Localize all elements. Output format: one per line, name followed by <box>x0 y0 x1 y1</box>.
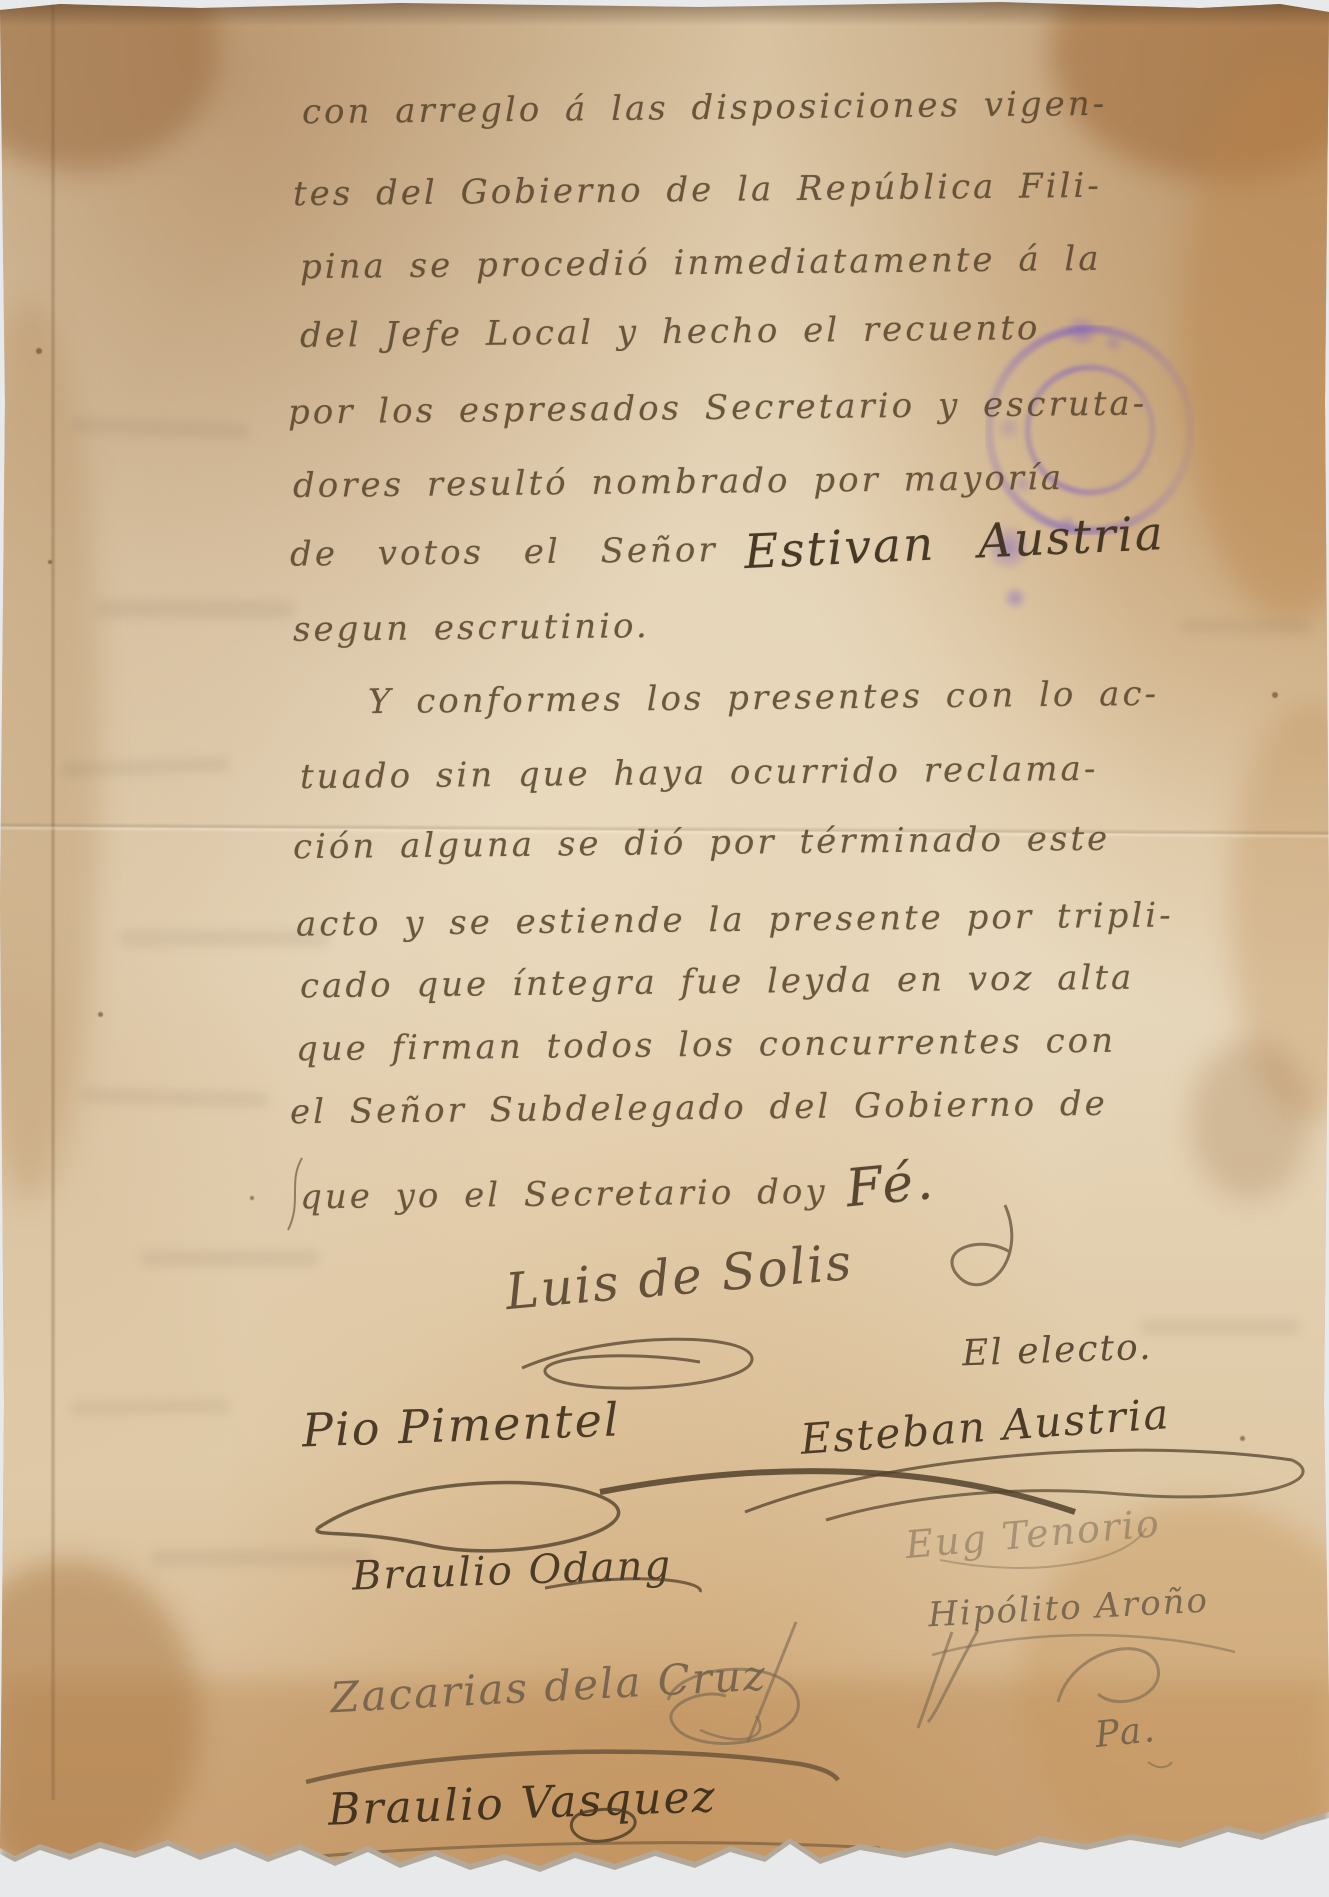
electo-label: El electo. <box>961 1327 1153 1375</box>
text-line-10: tuado sin que haya ocurrido reclama- <box>300 749 1099 797</box>
ink-speck <box>48 560 52 564</box>
signature-braulio-odang: Braulio Odang <box>351 1542 673 1599</box>
ink-speck <box>1272 692 1278 698</box>
bleedthrough-mark <box>80 1088 270 1108</box>
flourish-fe-descender <box>952 1205 1012 1285</box>
signature-esteban-austria: Esteban Austria <box>799 1389 1172 1464</box>
text-line-3: pina se procedió inmediatamente á la <box>300 239 1102 287</box>
bleedthrough-mark <box>70 1399 230 1416</box>
stain-mid-right-spot <box>1190 1040 1310 1200</box>
purple-ink-stamp <box>985 325 1195 535</box>
bleedthrough-mark <box>1140 1320 1300 1334</box>
bleedthrough-mark <box>150 1550 370 1566</box>
stamp-smudge <box>1062 318 1102 344</box>
ink-speck <box>1240 1436 1245 1441</box>
bleedthrough-mark <box>95 600 295 618</box>
line-16-prefix: que yo el Secretario doy <box>300 1172 828 1218</box>
text-line-14: que firman todos los concurrentes con <box>296 1021 1116 1070</box>
text-line-2: tes del Gobierno de la República Fili- <box>293 166 1102 214</box>
text-line-7: de votos el SeñorEstivan Austria <box>290 513 1165 577</box>
fe-word: Fé. <box>843 1151 938 1219</box>
flourish-solis <box>522 1339 752 1388</box>
elected-name: Estivan Austria <box>743 506 1166 580</box>
ink-speck <box>36 348 42 354</box>
manuscript-page: con arreglo á las disposiciones vigen- t… <box>0 0 1329 1897</box>
stamp-mark <box>1103 333 1125 353</box>
bleedthrough-mark <box>140 1250 320 1266</box>
text-line-4: del Jefe Local y hecho el recuento <box>300 308 1041 356</box>
bleedthrough-mark <box>1180 620 1310 632</box>
bleedthrough-mark <box>70 417 250 439</box>
text-line-9: Y conformes los presentes con lo ac- <box>368 674 1159 722</box>
signature-solis: Luis de Solis <box>503 1233 855 1321</box>
ink-speck <box>98 1012 103 1017</box>
text-line-16: que yo el Secretario doyFé. <box>300 1155 936 1222</box>
flourish-pio-loop <box>317 1482 619 1550</box>
paper-fold-edge <box>50 0 56 1800</box>
signature-pio-pimentel: Pio Pimentel <box>301 1392 621 1457</box>
text-line-1: con arreglo á las disposiciones vigen- <box>302 84 1108 132</box>
text-line-8: segun escrutinio. <box>293 606 650 650</box>
scanned-document: con arreglo á las disposiciones vigen- t… <box>0 0 1329 1897</box>
text-line-13: cado que íntegra fue leyda en voz alta <box>300 958 1135 1007</box>
text-line-12: acto y se estiende la presente por tripl… <box>296 895 1174 944</box>
text-line-15: el Señor Subdelegado del Gobierno de <box>290 1084 1108 1133</box>
flourish-pio-sweep <box>600 1471 1075 1512</box>
text-line-11: ción alguna se dió por términado este <box>293 819 1111 868</box>
line-7-prefix: de votos el Señor <box>290 530 718 574</box>
ink-speck <box>250 1196 254 1200</box>
stamp-smudge <box>1004 585 1026 611</box>
paper-top-edge <box>0 0 1329 26</box>
pa-mark: Pa. <box>1093 1709 1158 1756</box>
text-line-6: dores resultó nombrado por mayoría <box>293 458 1065 506</box>
